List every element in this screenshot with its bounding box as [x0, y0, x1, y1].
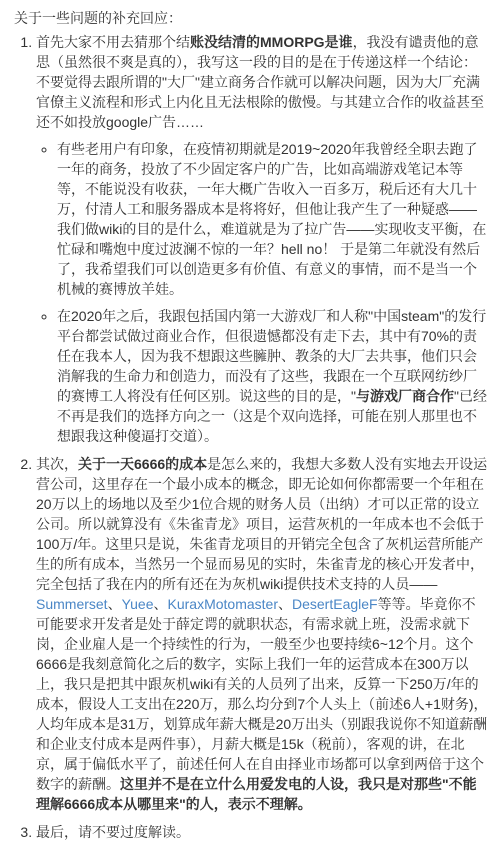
response-3-text: 最后，请不要过度解读。: [36, 822, 488, 842]
numbered-response-list: 首先大家不用去猜那个结账没结清的MMORPG是谁，我没有谴责他的意思（虽然很不爽…: [14, 32, 488, 842]
bold-text: 关于一天6666的成本: [78, 456, 207, 472]
text-segment: 、: [278, 596, 292, 612]
user-link[interactable]: Yuee: [122, 596, 154, 612]
response-1-subitem-ads-text: 有些老用户有印象，在疫情初期就是2019~2020年我曾经全职去跑了一年的商务，…: [57, 139, 488, 299]
response-item-2: 其次，关于一天6666的成本是怎么来的，我想大多数人没有实地去开设运营公司，这里…: [36, 454, 488, 814]
article-heading: 关于一些问题的补充回应：: [14, 8, 488, 28]
response-1-subitem-bigco-text: 在2020年之后，我跟包括国内第一大游戏厂和人称"中国steam"的发行平台都尝…: [57, 306, 488, 446]
response-1-intro-text: 首先大家不用去猜那个结账没结清的MMORPG是谁，我没有谴责他的意思（虽然很不爽…: [36, 32, 488, 132]
text-segment: 最后，请不要过度解读。: [36, 824, 190, 840]
response-item-1: 首先大家不用去猜那个结账没结清的MMORPG是谁，我没有谴责他的意思（虽然很不爽…: [36, 32, 488, 446]
user-link[interactable]: DesertEagleF: [292, 596, 378, 612]
text-segment: 等等。毕竟你不可能要求开发者是处于薛定谔的就职状态，有需求就上班，没需求就下岗，…: [36, 596, 488, 792]
response-2-text: 其次，关于一天6666的成本是怎么来的，我想大多数人没有实地去开设运营公司，这里…: [36, 454, 488, 814]
user-link[interactable]: KuraxMotomaster: [168, 596, 278, 612]
text-segment: 有些老用户有印象，在疫情初期就是2019~2020年我曾经全职去跑了一年的商务，…: [57, 141, 486, 297]
response-1-sublist: 有些老用户有印象，在疫情初期就是2019~2020年我曾经全职去跑了一年的商务，…: [36, 139, 488, 446]
response-item-3: 最后，请不要过度解读。: [36, 822, 488, 842]
bold-text: 账没结清的MMORPG是谁: [190, 34, 353, 50]
text-segment: 、: [154, 596, 168, 612]
response-1-subitem-ads: 有些老用户有印象，在疫情初期就是2019~2020年我曾经全职去跑了一年的商务，…: [57, 139, 488, 299]
text-segment: 、: [108, 596, 122, 612]
bold-text: 与游戏厂商合作: [356, 388, 454, 404]
text-segment: 其次，: [36, 456, 78, 472]
text-segment: 是怎么来的，我想大多数人没有实地去开设运营公司，这里存在一个最小成本的概念，即无…: [36, 456, 487, 592]
response-1-subitem-bigco: 在2020年之后，我跟包括国内第一大游戏厂和人称"中国steam"的发行平台都尝…: [57, 306, 488, 446]
article-body: 关于一些问题的补充回应： 首先大家不用去猜那个结账没结清的MMORPG是谁，我没…: [0, 0, 501, 862]
user-link[interactable]: Summerset: [36, 596, 108, 612]
text-segment: 首先大家不用去猜那个结: [36, 34, 190, 50]
